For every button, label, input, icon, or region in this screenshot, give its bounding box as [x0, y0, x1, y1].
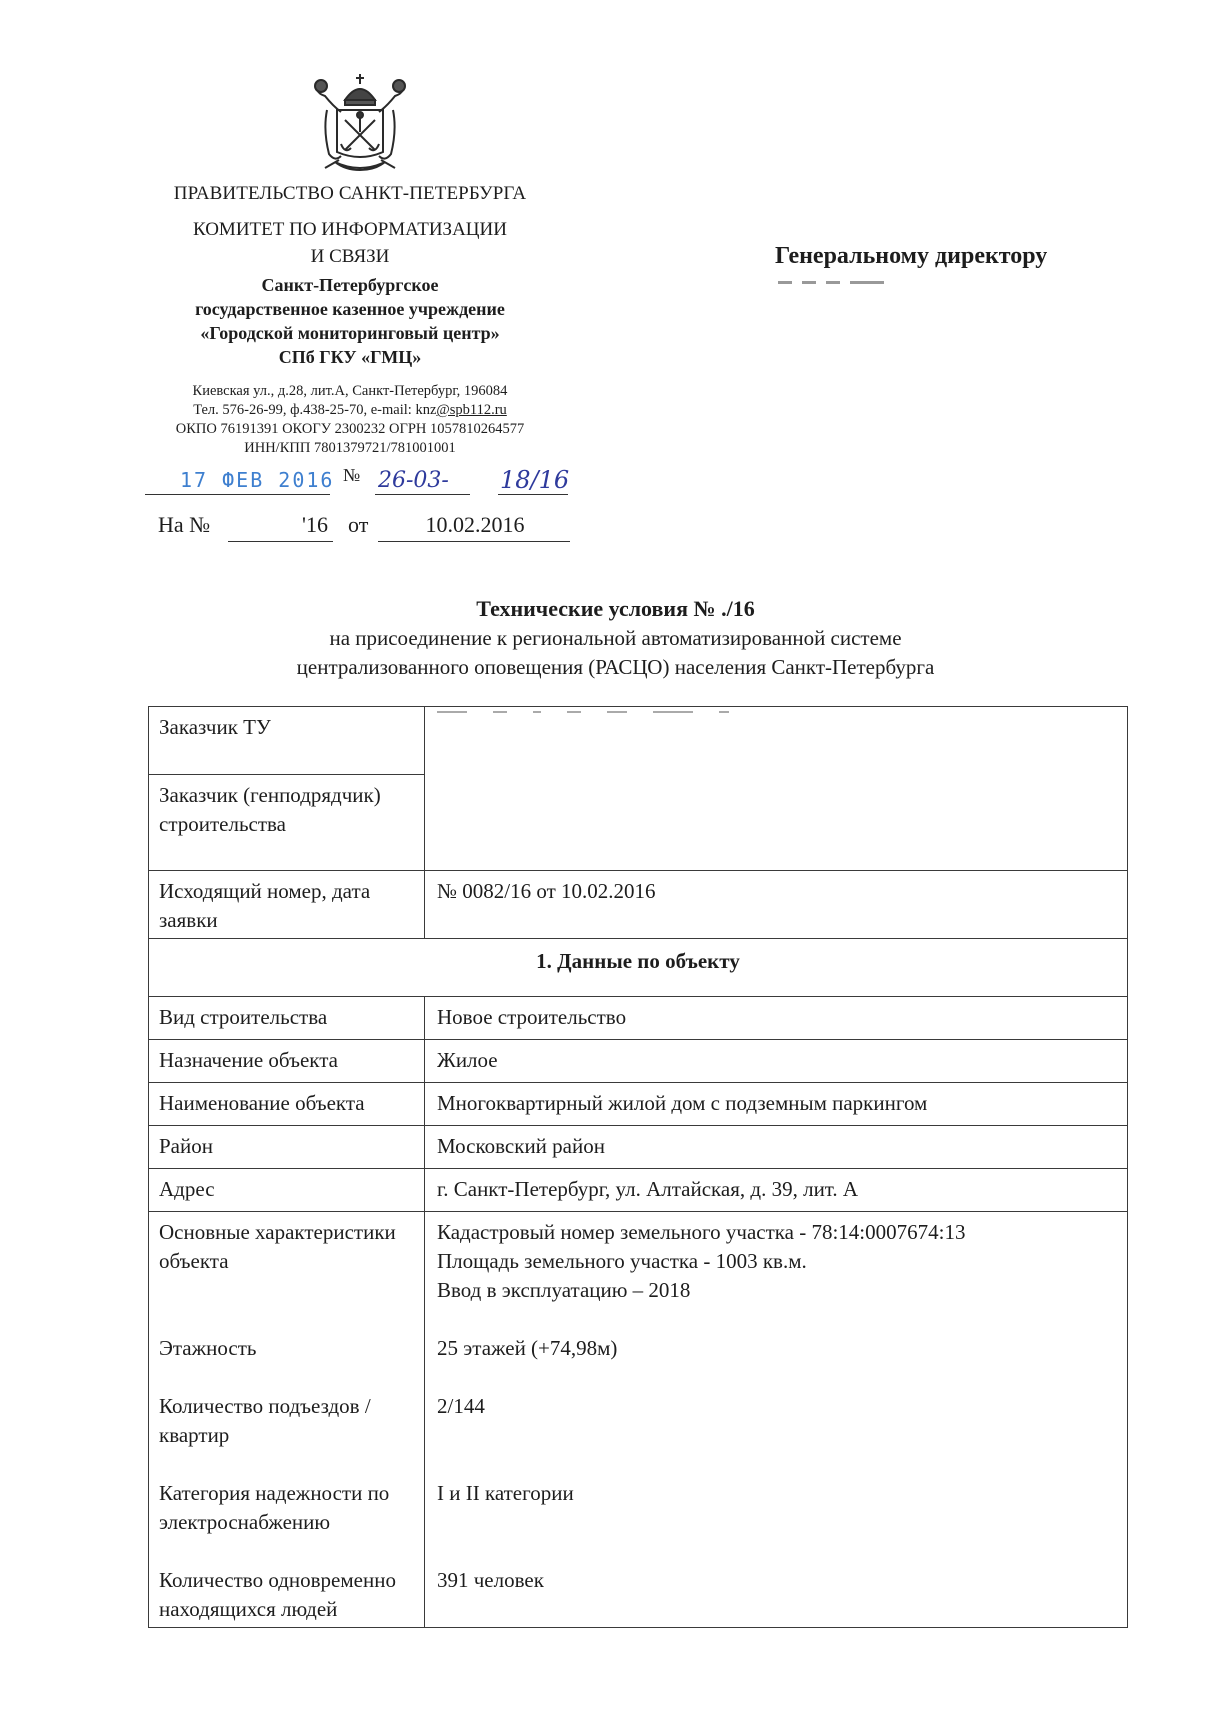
row-value: Жилое — [425, 1040, 1128, 1083]
document-subtitle-line2: централизованного оповещения (РАСЦО) нас… — [0, 655, 1231, 680]
characteristic-value: 25 этажей (+74,98м) — [437, 1334, 1117, 1363]
characteristic-value-line: 391 человек — [437, 1566, 1117, 1595]
government-name: ПРАВИТЕЛЬСТВО САНКТ-ПЕТЕРБУРГА — [140, 183, 560, 205]
date-underline — [145, 494, 330, 495]
characteristic-value-line: Ввод в эксплуатацию – 2018 — [437, 1276, 1117, 1305]
table-section-header: 1. Данные по объекту — [149, 939, 1128, 997]
reg-number-underline — [375, 494, 470, 495]
reference-number-underline — [228, 541, 333, 542]
table-row-customer: Заказчик ТУ — [149, 707, 1128, 775]
handwritten-reg-number-part1: 26-03- — [378, 468, 449, 493]
table-row-characteristics: Основные характеристики объектаЭтажность… — [149, 1212, 1128, 1628]
number-sign: № — [343, 465, 360, 486]
document-title: Технические условия № ./16 — [0, 596, 1231, 622]
org-contacts: Тел. 576-26-99, ф.438-25-70, e-mail: knz… — [140, 402, 560, 419]
characteristic-value-line: Кадастровый номер земельного участка - 7… — [437, 1218, 1117, 1247]
reference-date-underline — [378, 541, 570, 542]
org-inn-kpp: ИНН/КПП 7801379721/781001001 — [140, 440, 560, 457]
org-name-line3: «Городской мониторинговый центр» — [140, 323, 560, 344]
registration-date-stamp: 17 ФЕВ 2016 — [180, 468, 334, 492]
committee-name-line1: КОМИТЕТ ПО ИНФОРМАТИЗАЦИИ — [140, 219, 560, 241]
row-label: Наименование объекта — [149, 1083, 425, 1126]
characteristic-value: Кадастровый номер земельного участка - 7… — [437, 1218, 1117, 1305]
table-row: Назначение объектаЖилое — [149, 1040, 1128, 1083]
row-value: г. Санкт-Петербург, ул. Алтайская, д. 39… — [425, 1169, 1128, 1212]
row-label: Адрес — [149, 1169, 425, 1212]
characteristic-value: 2/144 — [437, 1392, 1117, 1450]
reference-label: На № — [158, 512, 210, 538]
row-label: Район — [149, 1126, 425, 1169]
org-name-line1: Санкт-Петербургское — [140, 275, 560, 296]
row-value: Многоквартирный жилой дом с подземным па… — [425, 1083, 1128, 1126]
spb-coat-of-arms-icon — [305, 70, 415, 180]
org-contacts-text: Тел. 576-26-99, ф.438-25-70, e-mail: knz — [193, 402, 436, 418]
section-title: 1. Данные по объекту — [149, 939, 1128, 997]
table-row: РайонМосковский район — [149, 1126, 1128, 1169]
reg-number-underline-2 — [498, 494, 568, 495]
specifications-table: Заказчик ТУ Заказчик (генподрядчик) стро… — [148, 706, 1128, 1628]
characteristic-label: Количество подъездов / квартир — [159, 1392, 414, 1450]
customer-label: Заказчик ТУ — [149, 707, 425, 775]
org-codes: ОКПО 76191391 ОКОГУ 2300232 ОГРН 1057810… — [140, 421, 560, 438]
org-name-line2: государственное казенное учреждение — [140, 299, 560, 320]
row-value: Новое строительство — [425, 997, 1128, 1040]
characteristic-value-line: 2/144 — [437, 1392, 1117, 1421]
outgoing-label: Исходящий номер, дата заявки — [149, 871, 425, 939]
table-row: Вид строительстваНовое строительство — [149, 997, 1128, 1040]
document-subtitle-line1: на присоединение к региональной автомати… — [0, 626, 1231, 651]
customer-value-redacted — [425, 707, 1128, 871]
addressee-redacted-line — [778, 281, 1058, 287]
characteristic-label: Основные характеристики объекта — [159, 1218, 414, 1305]
org-email-link[interactable]: @spb112.ru — [436, 402, 506, 418]
contractor-label: Заказчик (генподрядчик) строительства — [149, 775, 425, 871]
characteristic-label: Категория надежности по электроснабжению — [159, 1479, 414, 1537]
characteristic-value-line: I и II категории — [437, 1479, 1117, 1508]
org-short-name: СПб ГКУ «ГМЦ» — [140, 347, 560, 368]
addressee-title: Генеральному директору — [775, 243, 1047, 270]
redacted-text — [437, 711, 1117, 715]
row-value: Московский район — [425, 1126, 1128, 1169]
characteristics-values: Кадастровый номер земельного участка - 7… — [425, 1212, 1128, 1628]
characteristic-value: I и II категории — [437, 1479, 1117, 1537]
characteristic-label: Количество одновременно находящихся люде… — [159, 1566, 414, 1624]
table-row: Адресг. Санкт-Петербург, ул. Алтайская, … — [149, 1169, 1128, 1212]
characteristic-value-line: 25 этажей (+74,98м) — [437, 1334, 1117, 1363]
reference-date: 10.02.2016 — [380, 512, 570, 538]
characteristic-value-line: Площадь земельного участка - 1003 кв.м. — [437, 1247, 1117, 1276]
outgoing-value: № 0082/16 от 10.02.2016 — [425, 871, 1128, 939]
characteristic-label: Этажность — [159, 1334, 414, 1363]
characteristic-value: 391 человек — [437, 1566, 1117, 1624]
reference-from-label: от — [348, 512, 368, 538]
reference-number: '16 — [228, 512, 328, 538]
org-address: Киевская ул., д.28, лит.А, Санкт-Петербу… — [140, 383, 560, 400]
characteristics-labels: Основные характеристики объектаЭтажность… — [149, 1212, 425, 1628]
table-row: Наименование объектаМногоквартирный жило… — [149, 1083, 1128, 1126]
handwritten-reg-number-part2: 18/16 — [500, 466, 569, 494]
row-label: Вид строительства — [149, 997, 425, 1040]
row-label: Назначение объекта — [149, 1040, 425, 1083]
table-row-outgoing: Исходящий номер, дата заявки № 0082/16 о… — [149, 871, 1128, 939]
committee-name-line2: И СВЯЗИ — [140, 246, 560, 268]
